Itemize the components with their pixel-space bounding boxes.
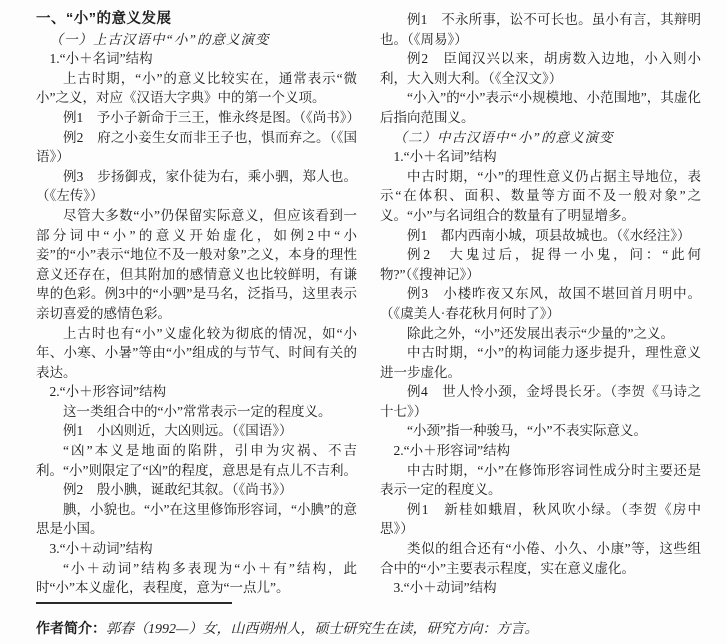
paragraph: 上古时期，“小”的意义比较实在，通常表示“微小”之义，对应《汉语大字典》中的第一… <box>36 69 357 108</box>
author-bio-label: 作者简介： <box>36 620 106 636</box>
paragraph: 中古时期，“小”在修饰形容词性成分时主要还是表示一定的程度义。 <box>380 461 701 500</box>
paragraph: 类似的组合还有“小倦、小久、小康”等，这些组合中的“小”主要表示程度，实在意义虚… <box>380 539 701 578</box>
example-line: 例1 不永所事，讼不可长也。虽小有言，其辩明也。（《周易》） <box>380 10 701 49</box>
paragraph: “小＋动词”结构多表现为“小＋有”结构，此时“小”本义虚化，表程度，意为“一点儿… <box>36 559 357 596</box>
example-line: 例1 新桂如蛾眉，秋风吹小绿。（李贺《房中思》） <box>380 500 701 539</box>
right-column: 例1 不永所事，讼不可长也。虽小有言，其辩明也。（《周易》） 例2 臣闻汉兴以来… <box>380 10 701 596</box>
paragraph: 腆，小貌也。“小”在这里修饰形容词，“小腆”的意思是小国。 <box>36 500 357 539</box>
structure-item: 2.“小＋形容词”结构 <box>380 441 701 461</box>
paragraph: “凶”本义是地面的陷阱，引申为灾祸、不吉利。“小”则限定了“凶”的程度，意思是有… <box>36 441 357 480</box>
paragraph: 中古时期，“小”的理性意义仍占据主导地位，表示“在体积、面积、数量等方面不及一般… <box>380 167 701 226</box>
example-line: 例2 臣闻汉兴以来，胡虏数入边地，小入则小利，大入则大利。（《全汉文》） <box>380 49 701 88</box>
author-bio: 作者简介：郭春（1992—）女，山西朔州人，硕士研究生在读，研究方向：方言。 <box>36 618 701 640</box>
structure-item: 3.“小＋动词”结构 <box>380 578 701 596</box>
footnote-divider <box>36 602 232 604</box>
example-line: 例2 府之小妾生女而非王子也，惧而弃之。（《国语》） <box>36 128 357 167</box>
paragraph: “小颈”指一种骏马，“小”不表实际意义。 <box>380 421 701 441</box>
structure-item: 3.“小＋动词”结构 <box>36 539 357 559</box>
example-line: 例4 世人怜小颈，金埒畏长牙。（李贺《马诗之十七》） <box>380 382 701 421</box>
left-column: 一、“小”的意义发展 （一）上古汉语中“小”的意义演变 1.“小＋名词”结构 上… <box>36 10 357 596</box>
footnote-area: 作者简介：郭春（1992—）女，山西朔州人，硕士研究生在读，研究方向：方言。 <box>36 602 701 640</box>
paragraph: 中古时期，“小”的构词能力逐步提升，理性意义进一步虚化。 <box>380 343 701 382</box>
section-heading: 一、“小”的意义发展 <box>36 10 357 30</box>
document-page: 一、“小”的意义发展 （一）上古汉语中“小”的意义演变 1.“小＋名词”结构 上… <box>0 0 727 644</box>
example-line: 例1 都内西南小城，项县故城也。（《水经注》） <box>380 226 701 246</box>
subsection-heading: （二）中古汉语中“小”的意义演变 <box>380 128 701 148</box>
structure-item: 1.“小＋名词”结构 <box>380 147 701 167</box>
example-line: 例2 大鬼过后，捉得一小鬼，问：“此何物?”（《搜神记》） <box>380 245 701 284</box>
subsection-heading: （一）上古汉语中“小”的意义演变 <box>36 30 357 50</box>
structure-item: 2.“小＋形容词”结构 <box>36 382 357 402</box>
example-line: 例1 予小子新命于三王，惟永终是图。（《尚书》） <box>36 108 357 128</box>
paragraph: 上古时也有“小”义虚化较为彻底的情况，如“小年、小寒、小暑”等由“小”组成的与节… <box>36 324 357 383</box>
example-line: 例3 步扬御戎，家仆徒为右，乘小驷，郑人也。（《左传》） <box>36 167 357 206</box>
paragraph: “小入”的“小”表示“小规模地、小范围地”，其虚化后指向范围义。 <box>380 88 701 127</box>
paragraph: 这一类组合中的“小”常常表示一定的程度义。 <box>36 402 357 422</box>
example-line: 例2 殷小腆，诞敢纪其叙。（《尚书》） <box>36 480 357 500</box>
author-bio-text: 郭春（1992—）女，山西朔州人，硕士研究生在读，研究方向：方言。 <box>106 622 538 637</box>
two-column-body: 一、“小”的意义发展 （一）上古汉语中“小”的意义演变 1.“小＋名词”结构 上… <box>36 10 701 596</box>
example-line: 例3 小楼昨夜又东风，故国不堪回首月明中。（《虞美人·春花秋月何时了》） <box>380 284 701 323</box>
paragraph: 尽管大多数“小”仍保留实际意义，但应该看到一部分词中“小”的意义开始虚化，如例2… <box>36 206 357 324</box>
example-line: 例1 小凶则近，大凶则远。（《国语》） <box>36 421 357 441</box>
paragraph: 除此之外，“小”还发展出表示“少量的”之义。 <box>380 324 701 344</box>
structure-item: 1.“小＋名词”结构 <box>36 49 357 69</box>
